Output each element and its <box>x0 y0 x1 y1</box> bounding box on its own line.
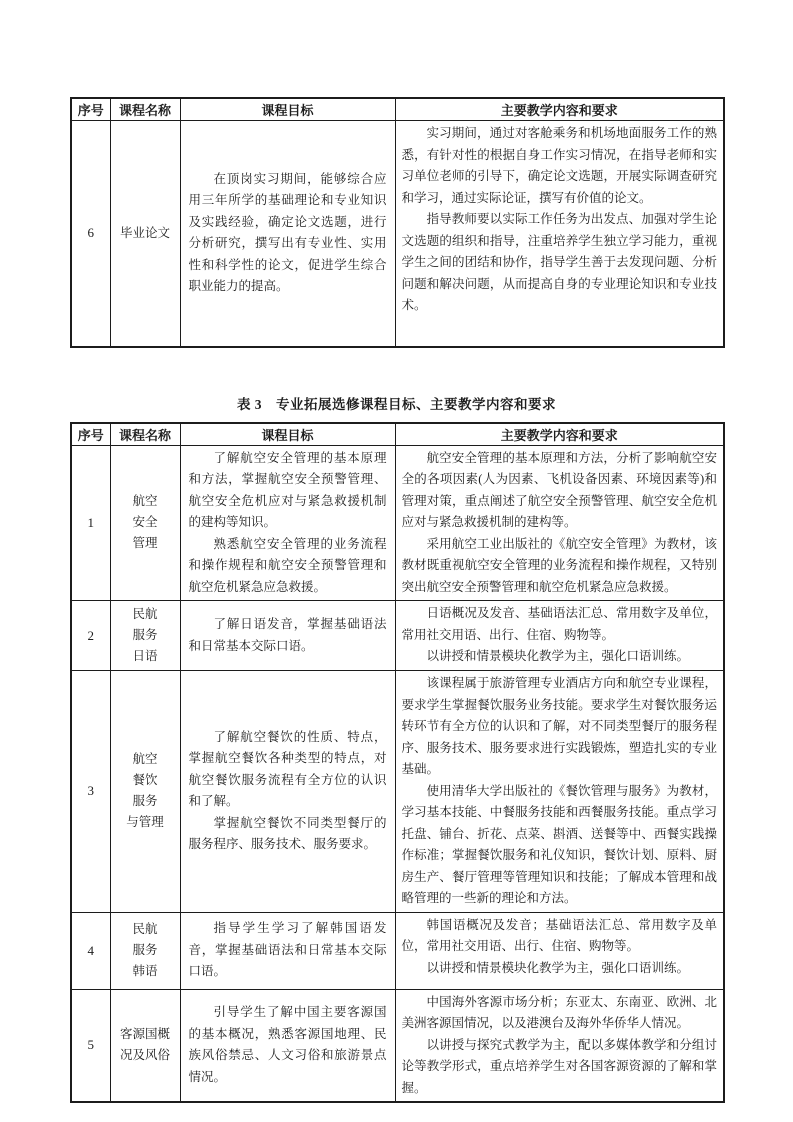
content-paragraph: 以讲授和情景模块化教学为主，强化口语训练。 <box>402 958 718 980</box>
cell-course-objective: 指导学生学习了解韩国语发音，掌握基础语法和日常基本交际口语。 <box>180 912 395 989</box>
table2-row-4: 4 民航 服务 韩语 指导学生学习了解韩国语发音，掌握基础语法和日常基本交际口语… <box>71 912 724 989</box>
table1-row-6: 6 毕业论文 在顶岗实习期间，能够综合应用三年所学的基础理论和专业知识及实践经验… <box>71 121 724 347</box>
content-paragraph: 该课程属于旅游管理专业酒店方向和航空专业课程，要求学生掌握餐饮服务业务技能。要求… <box>402 673 718 781</box>
content-paragraph: 日语概况及发音、基础语法汇总、常用数字及单位，常用社交用语、出行、住宿、购物等。 <box>402 603 718 646</box>
cell-serial-number: 6 <box>71 121 110 347</box>
content-paragraph: 指导教师要以实际工作任务为出发点、加强对学生论文选题的组织和指导，注重培养学生独… <box>402 209 718 317</box>
table1-header-teaching-content: 主要教学内容和要求 <box>395 98 724 121</box>
objective-paragraph: 了解航空餐饮的性质、特点，掌握航空餐饮各种类型的特点，对航空餐饮服务流程有全方位… <box>189 727 387 813</box>
cell-teaching-content: 该课程属于旅游管理专业酒店方向和航空专业课程，要求学生掌握餐饮服务业务技能。要求… <box>395 671 724 913</box>
cell-teaching-content: 中国海外客源市场分析；东亚太、东南亚、欧洲、北美洲客源国情况，以及港澳台及海外华… <box>395 989 724 1102</box>
cell-course-objective: 了解航空安全管理的基本原理和方法，掌握航空安全预警管理、航空安全危机应对与紧急救… <box>180 445 395 601</box>
cell-serial-number: 3 <box>71 671 110 913</box>
table1-header-row: 序号 课程名称 课程目标 主要教学内容和要求 <box>71 98 724 121</box>
cell-course-name: 民航 服务 日语 <box>110 601 180 671</box>
cell-teaching-content: 韩国语概况及发音；基础语法汇总、常用数字及单位，常用社交用语、出行、住宿、购物等… <box>395 912 724 989</box>
cell-course-objective: 了解日语发音，掌握基础语法和日常基本交际口语。 <box>180 601 395 671</box>
cell-serial-number: 4 <box>71 912 110 989</box>
cell-serial-number: 1 <box>71 445 110 601</box>
table2-row-2: 2 民航 服务 日语 了解日语发音，掌握基础语法和日常基本交际口语。 日语概况及… <box>71 601 724 671</box>
objective-paragraph: 了解日语发音，掌握基础语法和日常基本交际口语。 <box>189 614 387 657</box>
cell-teaching-content: 航空安全管理的基本原理和方法，分析了影响航空安全的各项因素(人为因素、飞机设备因… <box>395 445 724 601</box>
cell-course-name: 航空 安全 管理 <box>110 445 180 601</box>
document-page: 序号 课程名称 课程目标 主要教学内容和要求 6 毕业论文 在顶岗实习期间，能够… <box>0 0 793 1122</box>
cell-course-name: 毕业论文 <box>110 121 180 347</box>
table2-header-row: 序号 课程名称 课程目标 主要教学内容和要求 <box>71 423 724 446</box>
objective-paragraph: 指导学生学习了解韩国语发音，掌握基础语法和日常基本交际口语。 <box>189 918 387 983</box>
content-paragraph: 航空安全管理的基本原理和方法，分析了影响航空安全的各项因素(人为因素、飞机设备因… <box>402 448 718 534</box>
objective-paragraph: 了解航空安全管理的基本原理和方法，掌握航空安全预警管理、航空安全危机应对与紧急救… <box>189 448 387 534</box>
cell-course-objective: 在顶岗实习期间，能够综合应用三年所学的基础理论和专业知识及实践经验，确定论文选题… <box>180 121 395 347</box>
table-elective-courses: 序号 课程名称 课程目标 主要教学内容和要求 1 航空 安全 管理 了解航空安全… <box>70 422 725 1104</box>
table3-caption: 表 3 专业拓展选修课程目标、主要教学内容和要求 <box>70 393 723 413</box>
table2-header-teaching-content: 主要教学内容和要求 <box>395 423 724 446</box>
objective-paragraph: 在顶岗实习期间，能够综合应用三年所学的基础理论和专业知识及实践经验，确定论文选题… <box>189 169 387 298</box>
cell-course-name: 客源国概 况及风俗 <box>110 989 180 1102</box>
cell-course-objective: 了解航空餐饮的性质、特点，掌握航空餐饮各种类型的特点，对航空餐饮服务流程有全方位… <box>180 671 395 913</box>
cell-course-name: 航空 餐饮 服务 与管理 <box>110 671 180 913</box>
content-paragraph: 使用清华大学出版社的《餐饮管理与服务》为教材，学习基本技能、中餐服务技能和西餐服… <box>402 781 718 910</box>
objective-paragraph: 熟悉航空安全管理的业务流程和操作规程和航空安全预警管理和航空危机紧急应急救援。 <box>189 534 387 599</box>
table2-row-1: 1 航空 安全 管理 了解航空安全管理的基本原理和方法，掌握航空安全预警管理、航… <box>71 445 724 601</box>
content-paragraph: 实习期间，通过对客舱乘务和机场地面服务工作的熟悉，有针对性的根据自身工作实习情况… <box>402 123 718 209</box>
cell-serial-number: 5 <box>71 989 110 1102</box>
table2-row-3: 3 航空 餐饮 服务 与管理 了解航空餐饮的性质、特点，掌握航空餐饮各种类型的特… <box>71 671 724 913</box>
cell-course-name: 民航 服务 韩语 <box>110 912 180 989</box>
cell-course-objective: 引导学生了解中国主要客源国的基本概况，熟悉客源国地理、民族风俗禁忌、人文习俗和旅… <box>180 989 395 1102</box>
cell-teaching-content: 实习期间，通过对客舱乘务和机场地面服务工作的熟悉，有针对性的根据自身工作实习情况… <box>395 121 724 347</box>
content-paragraph: 以讲授和情景模块化教学为主，强化口语训练。 <box>402 646 718 668</box>
objective-paragraph: 引导学生了解中国主要客源国的基本概况，熟悉客源国地理、民族风俗禁忌、人文习俗和旅… <box>189 1002 387 1088</box>
content-paragraph: 采用航空工业出版社的《航空安全管理》为教材，该教材既重视航空安全管理的业务流程和… <box>402 534 718 599</box>
table1-header-course-objective: 课程目标 <box>180 98 395 121</box>
table1-header-course-name: 课程名称 <box>110 98 180 121</box>
content-paragraph: 中国海外客源市场分析；东亚太、东南亚、欧洲、北美洲客源国情况，以及港澳台及海外华… <box>402 992 718 1035</box>
content-paragraph: 以讲授与探究式教学为主，配以多媒体教学和分组讨论等教学形式，重点培养学生对各国客… <box>402 1035 718 1100</box>
content-paragraph: 韩国语概况及发音；基础语法汇总、常用数字及单位，常用社交用语、出行、住宿、购物等… <box>402 915 718 958</box>
table2-header-course-objective: 课程目标 <box>180 423 395 446</box>
cell-teaching-content: 日语概况及发音、基础语法汇总、常用数字及单位，常用社交用语、出行、住宿、购物等。… <box>395 601 724 671</box>
table2-header-course-name: 课程名称 <box>110 423 180 446</box>
table2-row-5: 5 客源国概 况及风俗 引导学生了解中国主要客源国的基本概况，熟悉客源国地理、民… <box>71 989 724 1102</box>
table1-header-serial: 序号 <box>71 98 110 121</box>
objective-paragraph: 掌握航空餐饮不同类型餐厅的服务程序、服务技术、服务要求。 <box>189 813 387 856</box>
table2-header-serial: 序号 <box>71 423 110 446</box>
table-core-courses-continued: 序号 课程名称 课程目标 主要教学内容和要求 6 毕业论文 在顶岗实习期间，能够… <box>70 97 725 348</box>
cell-serial-number: 2 <box>71 601 110 671</box>
